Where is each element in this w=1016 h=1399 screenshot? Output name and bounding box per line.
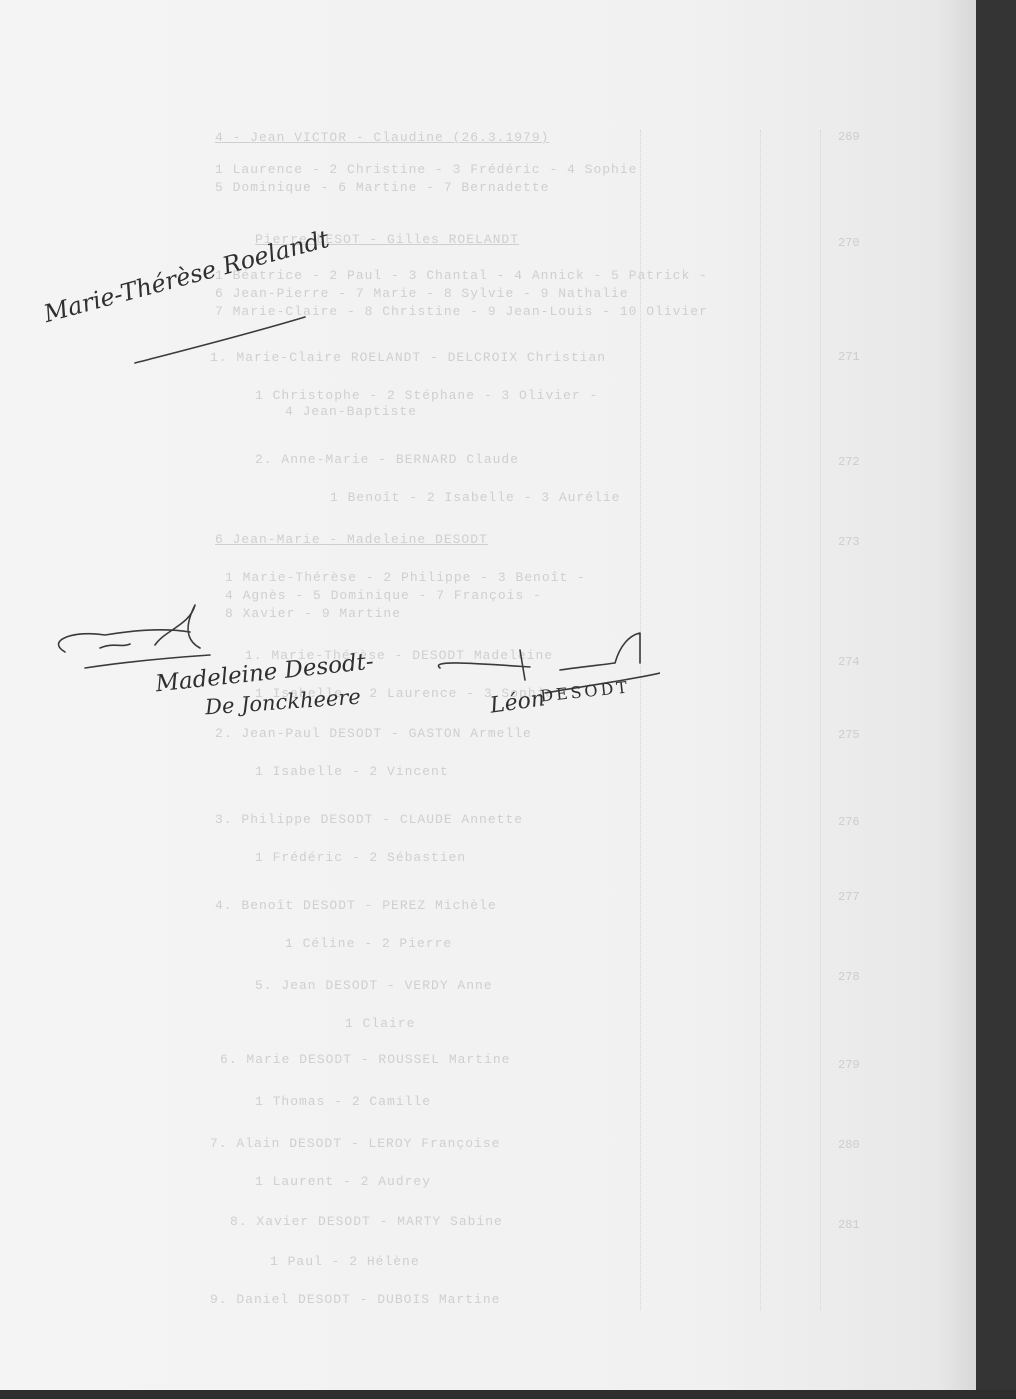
margin-number: 273 (838, 535, 860, 549)
bleed-line: 6 Jean-Marie - Madeleine DESODT (215, 532, 488, 547)
margin-number: 278 (838, 970, 860, 984)
bleed-line: 1 Frédéric - 2 Sébastien (255, 850, 466, 865)
scanner-edge-right (976, 0, 1016, 1399)
margin-number: 272 (838, 455, 860, 469)
bleed-line: 4 Agnès - 5 Dominique - 7 François - (225, 588, 542, 603)
margin-number: 279 (838, 1058, 860, 1072)
scanner-edge-bottom (0, 1390, 1016, 1399)
bleed-line: 1 Marie-Thérèse - 2 Philippe - 3 Benoît … (225, 570, 586, 585)
bleed-line: 4 - Jean VICTOR - Claudine (26.3.1979) (215, 130, 549, 145)
margin-number: 271 (838, 350, 860, 364)
bleed-line: 1 Claire (345, 1016, 415, 1031)
bleed-line: 5 Dominique - 6 Martine - 7 Bernadette (215, 180, 549, 195)
bleed-line: 1 Thomas - 2 Camille (255, 1094, 431, 1109)
bleed-line: 1 Céline - 2 Pierre (285, 936, 452, 951)
bleed-line: 6. Marie DESODT - ROUSSEL Martine (220, 1052, 510, 1067)
bleed-line: 1 Isabelle - 2 Vincent (255, 764, 449, 779)
column-rule (760, 130, 761, 1310)
bleed-line: 1 Christophe - 2 Stéphane - 3 Olivier - (255, 388, 598, 403)
bleed-line: 1 Paul - 2 Hélène (270, 1254, 420, 1269)
bleed-line: 2. Jean-Paul DESODT - GASTON Armelle (215, 726, 532, 741)
bleed-line: 8. Xavier DESODT - MARTY Sabine (230, 1214, 503, 1229)
bleed-line: 3. Philippe DESODT - CLAUDE Annette (215, 812, 523, 827)
margin-number: 281 (838, 1218, 860, 1232)
bleed-line: 9. Daniel DESODT - DUBOIS Martine (210, 1292, 500, 1307)
column-rule (820, 130, 821, 1310)
bleed-line: 4. Benoît DESODT - PEREZ Michèle (215, 898, 497, 913)
margin-number: 280 (838, 1138, 860, 1152)
bleed-line: 8 Xavier - 9 Martine (225, 606, 401, 621)
bleed-line: 1 Benoît - 2 Isabelle - 3 Aurélie (330, 490, 620, 505)
bleed-line: 4 Jean-Baptiste (285, 404, 417, 419)
margin-number: 269 (838, 130, 860, 144)
bleed-line: 2. Anne-Marie - BERNARD Claude (255, 452, 519, 467)
margin-number: 275 (838, 728, 860, 742)
margin-number: 277 (838, 890, 860, 904)
bleed-line: 5. Jean DESODT - VERDY Anne (255, 978, 493, 993)
margin-number: 276 (838, 815, 860, 829)
bleed-line: 7. Alain DESODT - LEROY Françoise (210, 1136, 500, 1151)
margin-number: 274 (838, 655, 860, 669)
bleed-line: 1 Laurence - 2 Christine - 3 Frédéric - … (215, 162, 637, 177)
margin-number: 270 (838, 236, 860, 250)
bleed-line: 1 Laurent - 2 Audrey (255, 1174, 431, 1189)
